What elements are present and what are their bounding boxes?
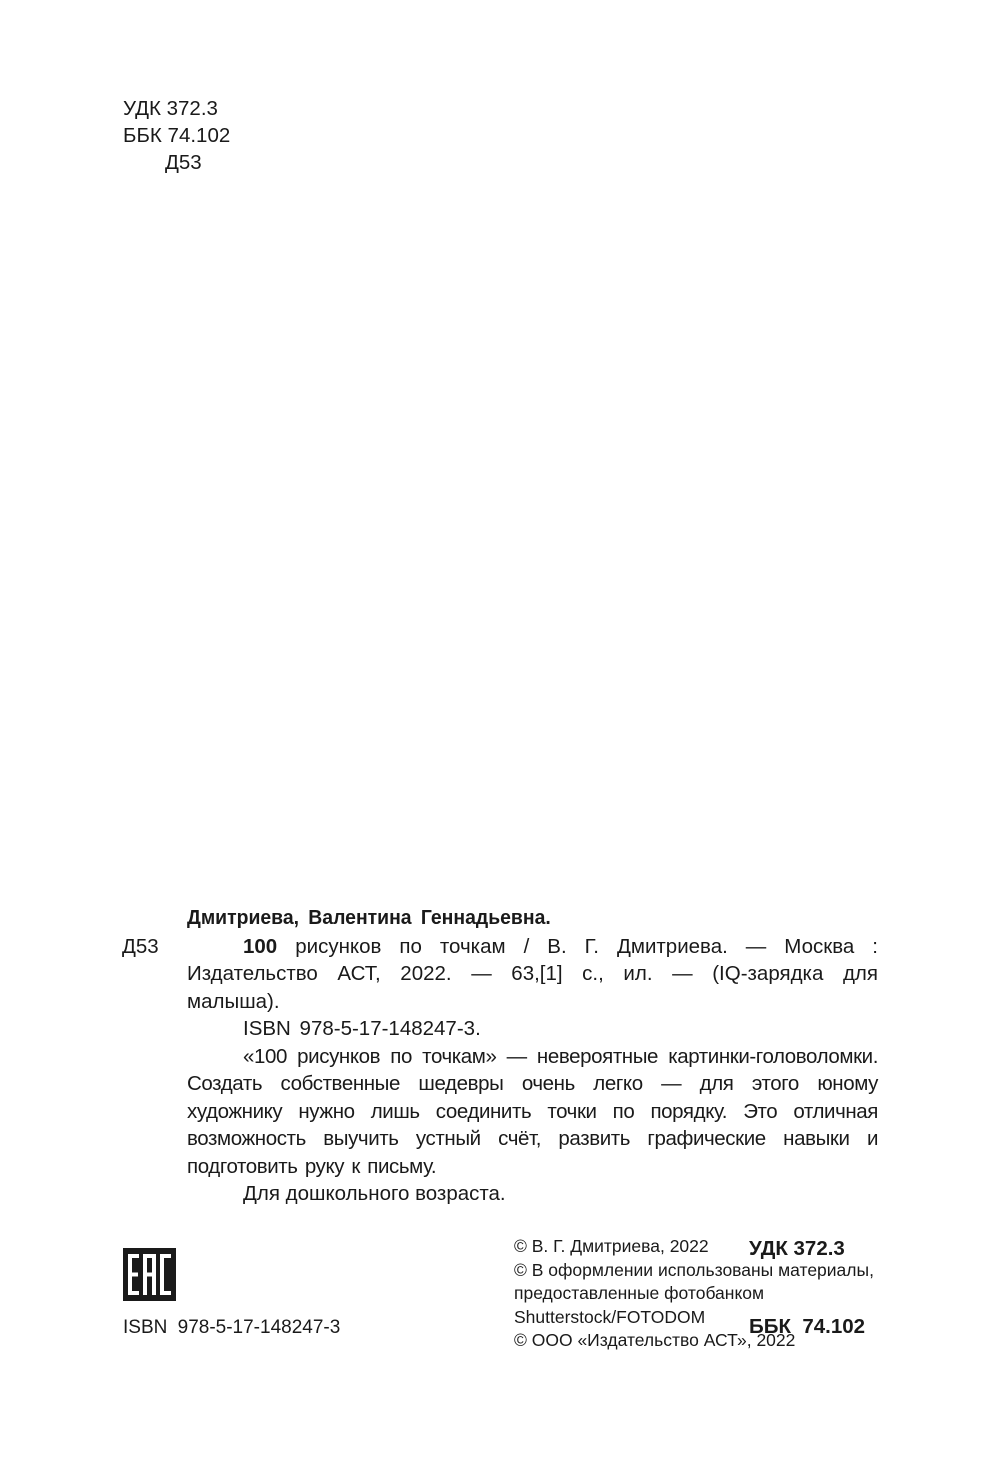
- copyright-line: © В. Г. Дмитриева, 2022: [514, 1235, 874, 1259]
- title-entry: Д53 100 рисунков по точкам / В. Г. Дмитр…: [122, 933, 878, 1208]
- title-details: рисунков по точкам / В. Г. Дмитриева. — …: [187, 935, 878, 1013]
- title-number: 100: [243, 935, 277, 958]
- classification-codes-top: УДК 372.3 ББК 74.102 Д53: [123, 95, 230, 176]
- author-heading: Дмитриева, Валентина Геннадьевна.: [187, 905, 857, 933]
- copyright-line: Shutterstock/FOTODOM: [514, 1306, 874, 1330]
- title-description: 100 рисунков по точкам / В. Г. Дмитриева…: [187, 933, 878, 1016]
- copyright-block: © В. Г. Дмитриева, 2022 © В оформлении и…: [514, 1235, 874, 1353]
- author-mark: Д53: [123, 149, 230, 176]
- copyright-line: предоставленные фотобанком: [514, 1282, 874, 1306]
- copyright-line: © ООО «Издательство АСТ», 2022: [514, 1329, 874, 1353]
- record-isbn: ISBN 978-5-17-148247-3.: [187, 1015, 878, 1043]
- bibliographic-record: Дмитриева, Валентина Геннадьевна. Д53 10…: [122, 905, 878, 1208]
- eac-certification-icon: [123, 1248, 176, 1301]
- udk-code: УДК 372.3: [123, 95, 230, 122]
- copyright-line: © В оформлении использованы материалы,: [514, 1259, 874, 1283]
- bbk-code: ББК 74.102: [123, 122, 230, 149]
- annotation: «100 рисунков по точкам» — невероятные к…: [187, 1043, 878, 1181]
- isbn-bottom: ISBN 978-5-17-148247-3: [123, 1316, 340, 1340]
- record-author-mark: Д53: [122, 933, 159, 961]
